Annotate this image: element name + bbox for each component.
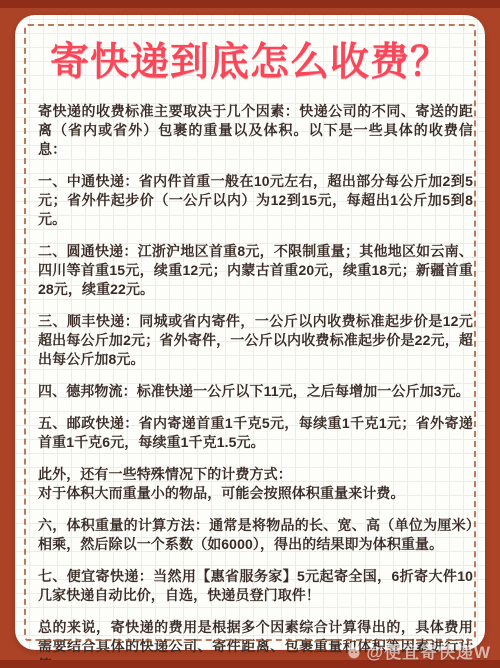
paragraph-postal-express: 五、邮政快递：省内寄递首重1千克5元，每续重1千克1元；省外寄递首重1千克6元，… xyxy=(38,414,473,452)
top-edge-strip xyxy=(0,0,500,8)
content-card: 寄快递到底怎么收费？ 寄快递的收费标准主要取决于几个因素：快递公司的不同、寄送的… xyxy=(15,15,485,650)
mascot-icon xyxy=(345,642,363,660)
paragraph-intro: 寄快递的收费标准主要取决于几个因素：快递公司的不同、寄送的距离（省内或省外）包裹… xyxy=(38,102,473,159)
paragraph-yto-express: 二、圆通快递：江浙沪地区首重8元，不限制重量；其他地区如云南、四川等首重15元，… xyxy=(38,242,473,299)
watermark-text: @便宜寄快递W xyxy=(366,638,491,663)
fee-info-body: 寄快递的收费标准主要取决于几个因素：快递公司的不同、寄送的距离（省内或省外）包裹… xyxy=(15,102,485,668)
poster-title: 寄快递到底怎么收费？ xyxy=(29,42,471,85)
paragraph-cheap-shipping: 七、便宜寄快递：当然用【惠省服务家】5元起寄全国，6折寄大件10几家快递自动比价… xyxy=(38,567,473,605)
poster-background: 寄快递到底怎么收费？ 寄快递的收费标准主要取决于几个因素：快递公司的不同、寄送的… xyxy=(0,0,500,668)
watermark: @便宜寄快递W xyxy=(345,638,491,663)
paragraph-sf-express: 三、顺丰快递：同城或省内寄件，一公斤以内收费标准起步价是12元超出每公斤加2元；… xyxy=(38,312,473,369)
paragraph-special-cases: 此外，还有一些特殊情况下的计费方式： 对于体积大而重量小的物品，可能会按照体积重… xyxy=(38,465,473,503)
paragraph-deppon-logistics: 四、德邦物流：标准快递一公斤以下11元，之后每增加一公斤加3元。 xyxy=(38,382,473,401)
paragraph-volumetric-weight: 六，体积重量的计算方法：通常是将物品的长、宽、高（单位为厘米）相乘，然后除以一个… xyxy=(38,516,473,554)
paragraph-zto-express: 一、中通快递：省内件首重一般在10元左右，超出部分每公斤加2到5元；省外件起步价… xyxy=(38,172,473,229)
